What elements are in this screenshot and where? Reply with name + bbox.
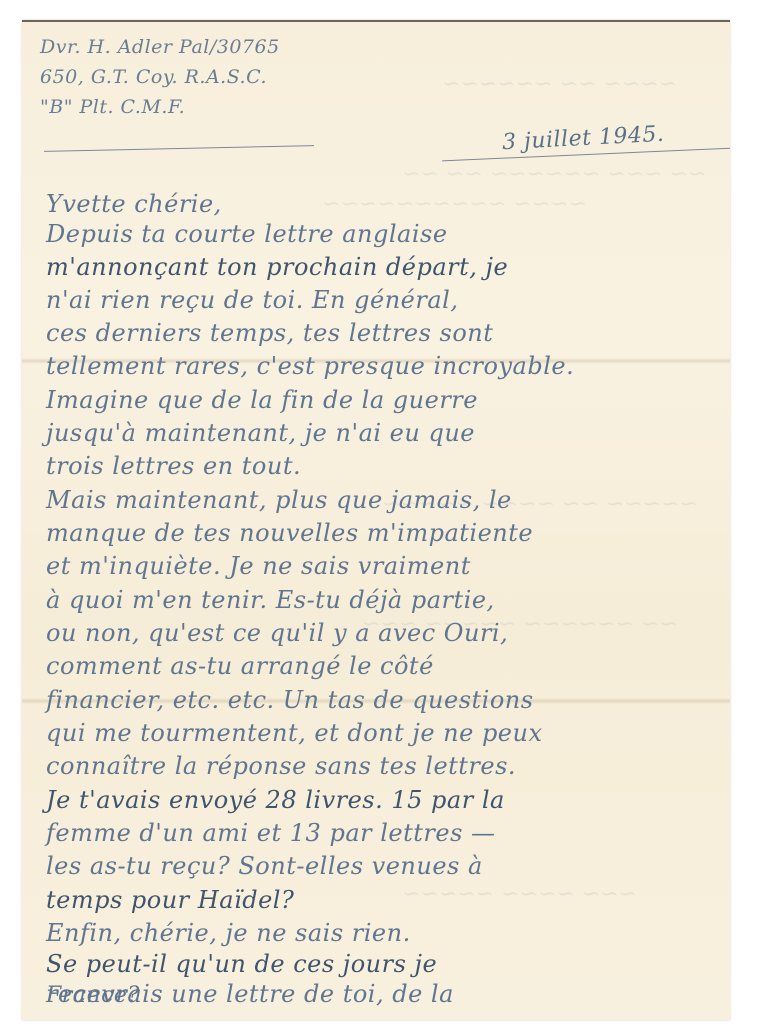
- reverse-side-bleed: ~~~~ ~~ ~~~~~~: [442, 72, 677, 97]
- salutation: Yvette chérie,: [46, 192, 222, 216]
- letter-line: temps pour Haïdel?: [46, 888, 294, 912]
- letter-line: trois lettres en tout.: [46, 454, 301, 478]
- letter-date: 3 juillet 1945.: [501, 122, 665, 155]
- letter-line: comment as-tu arrangé le côté: [46, 654, 434, 678]
- letter-line: femme d'un ami et 13 par lettres —: [46, 821, 496, 845]
- letter-line: jusqu'à maintenant, je n'ai eu que: [46, 421, 475, 445]
- letter-line: qui me tourmentent, et dont je ne peux: [46, 721, 543, 745]
- letter-line: Imagine que de la fin de la guerre: [46, 388, 478, 412]
- letter-line-final: France?: [46, 985, 140, 1007]
- letter-line: manque de tes nouvelles m'impatiente: [46, 521, 533, 545]
- letter-line: connaître la réponse sans tes lettres.: [46, 754, 516, 778]
- reverse-side-bleed: ~~ ~~~ ~~~~~~ ~~ ~~: [402, 162, 706, 187]
- letter-line: à quoi m'en tenir. Es-tu déjà partie,: [46, 588, 495, 612]
- sender-line-3: "B" Plt. C.M.F.: [40, 96, 185, 118]
- sender-line-2: 650, G.T. Coy. R.A.S.C.: [40, 66, 267, 88]
- letter-page: ~~~~ ~~ ~~~~~~ ~~ ~~~ ~~~~~~ ~~ ~~ ~~~~ …: [22, 20, 730, 1020]
- letter-line: Se peut-il qu'un de ces jours je: [46, 952, 437, 976]
- letter-line: et m'inquiète. Je ne sais vraiment: [46, 554, 471, 578]
- reverse-side-bleed: ~~~ ~~~~ ~~~~~: [402, 882, 637, 907]
- letter-line: Mais maintenant, plus que jamais, le: [46, 488, 512, 512]
- letter-line: les as-tu reçu? Sont-elles venues à: [46, 854, 483, 878]
- reverse-side-bleed: ~~~~ ~~~~~~~~~~: [322, 192, 587, 217]
- letter-line: ces derniers temps, tes lettres sont: [46, 321, 493, 345]
- letter-line: Enfin, chérie, je ne sais rien.: [46, 921, 411, 945]
- letter-line: n'ai rien reçu de toi. En général,: [46, 288, 458, 312]
- sender-line-1: Dvr. H. Adler Pal/30765: [40, 36, 280, 58]
- letter-line: Depuis ta courte lettre anglaise: [46, 222, 448, 246]
- letter-line: m'annonçant ton prochain départ, je: [46, 255, 508, 279]
- letter-line: Je t'avais envoyé 28 livres. 15 par la: [46, 788, 505, 812]
- letter-line: ou non, qu'est ce qu'il y a avec Ouri,: [46, 621, 508, 645]
- letter-line: financier, etc. etc. Un tas de questions: [46, 688, 534, 712]
- sender-underline: [44, 145, 314, 152]
- letter-line: tellement rares, c'est presque incroyabl…: [46, 354, 574, 378]
